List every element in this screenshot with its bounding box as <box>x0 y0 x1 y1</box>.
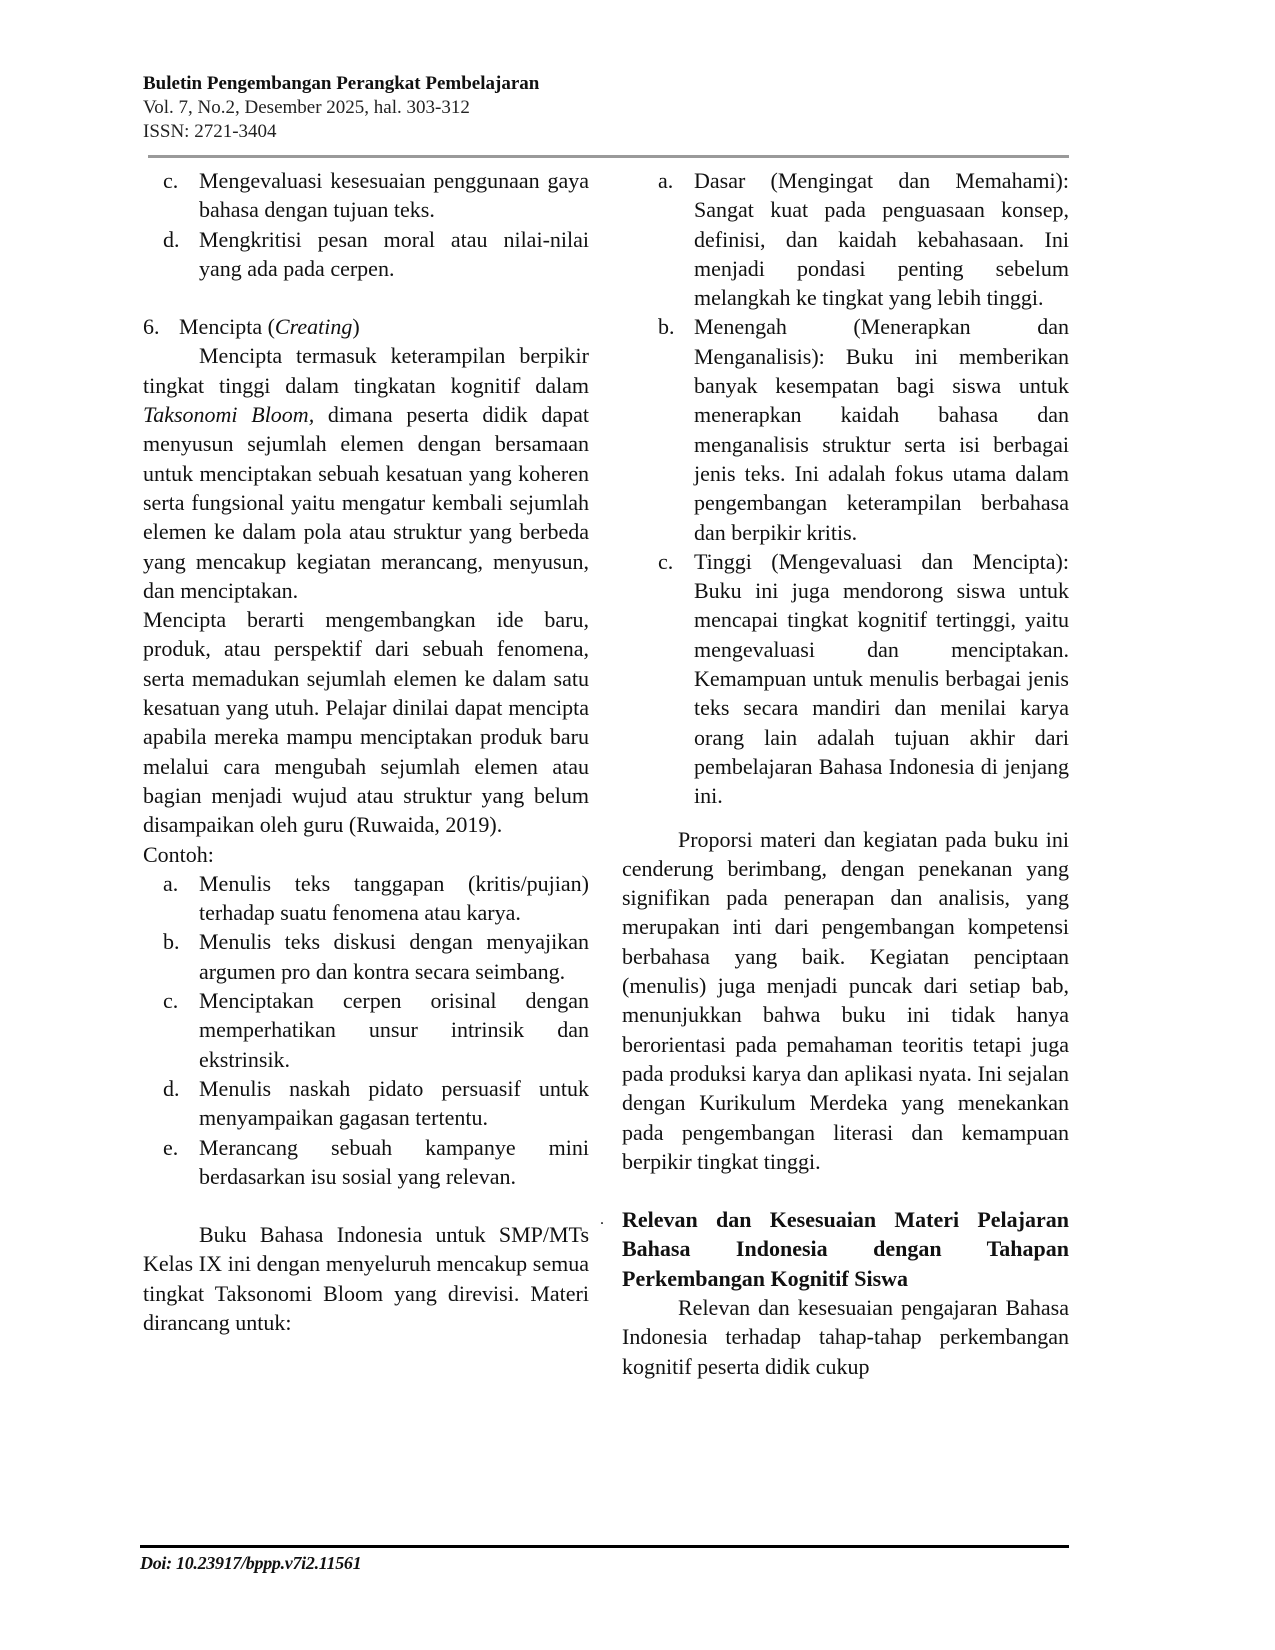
list-item: a. Dasar (Mengingat dan Memahami): Sanga… <box>622 166 1069 312</box>
list-item: d. Mengkritisi pesan moral atau nilai-ni… <box>143 225 589 284</box>
spacer <box>143 283 589 312</box>
issn: ISSN: 2721-3404 <box>143 120 539 144</box>
list-marker: d. <box>163 1074 180 1103</box>
right-column: a. Dasar (Mengingat dan Memahami): Sanga… <box>622 166 1069 1381</box>
section-title: Mencipta ( <box>179 314 275 339</box>
spacer <box>622 811 1069 825</box>
section-title-close: ) <box>352 314 359 339</box>
list-marker: b. <box>658 312 675 341</box>
list-item-text: Menulis teks tanggapan (kritis/pujian) t… <box>199 871 589 925</box>
paragraph-mencipta-meaning: Mencipta berarti mengembangkan ide baru,… <box>143 605 589 839</box>
section-number: 6. <box>143 312 160 341</box>
list-item: b. Menengah (Menerapkan dan Menganalisis… <box>622 312 1069 546</box>
journal-title: Buletin Pengembangan Perangkat Pembelaja… <box>143 72 539 96</box>
paragraph-mencipta-definition: Mencipta termasuk keterampilan berpikir … <box>143 341 589 605</box>
spacer <box>622 1176 1069 1205</box>
list-item-text: Merancang sebuah kampanye mini berdasark… <box>199 1135 589 1189</box>
list-item-text: Menengah (Menerapkan dan Menganalisis): … <box>694 314 1069 544</box>
list-item: c. Menciptakan cerpen orisinal dengan me… <box>143 986 589 1074</box>
list-item-text: Menciptakan cerpen orisinal dengan mempe… <box>199 988 589 1072</box>
heading-marker: . <box>600 1205 604 1234</box>
list-item-text: Dasar (Mengingat dan Memahami): Sangat k… <box>694 168 1069 310</box>
list-item-text: Mengevaluasi kesesuaian penggunaan gaya … <box>199 168 589 222</box>
list-marker: c. <box>163 166 178 195</box>
list-item: a. Menulis teks tanggapan (kritis/pujian… <box>143 869 589 928</box>
list-marker: c. <box>163 986 178 1015</box>
doi-footer: Doi: 10.23917/bppp.v7i2.11561 <box>140 1553 361 1574</box>
list-item: b. Menulis teks diskusi dengan menyajika… <box>143 927 589 986</box>
list-item: e. Merancang sebuah kampanye mini berdas… <box>143 1133 589 1192</box>
list-marker: d. <box>163 225 180 254</box>
section-heading-mencipta: 6.Mencipta (Creating) <box>143 312 589 341</box>
paragraph-relevance: Relevan dan kesesuaian pengajaran Bahasa… <box>622 1293 1069 1381</box>
list-marker: a. <box>163 869 178 898</box>
text-run: dimana peserta didik dapat menyusun seju… <box>143 402 589 603</box>
list-item-text: Menulis naskah pidato persuasif untuk me… <box>199 1076 589 1130</box>
list-item: c. Mengevaluasi kesesuaian penggunaan ga… <box>143 166 589 225</box>
text-run: Mencipta termasuk keterampilan berpikir … <box>143 343 589 397</box>
spacer <box>143 1191 589 1220</box>
list-examples: a. Menulis teks tanggapan (kritis/pujian… <box>143 869 589 1191</box>
examples-label: Contoh: <box>143 840 589 869</box>
section-heading-text: Relevan dan Kesesuaian Materi Pelajaran … <box>622 1207 1069 1291</box>
left-column: c. Mengevaluasi kesesuaian penggunaan ga… <box>143 166 589 1337</box>
list-item-text: Menulis teks diskusi dengan menyajikan a… <box>199 929 589 983</box>
list-item-text: Mengkritisi pesan moral atau nilai-nilai… <box>199 227 589 281</box>
list-marker: c. <box>658 547 673 576</box>
running-header: Buletin Pengembangan Perangkat Pembelaja… <box>143 72 539 144</box>
header-divider <box>148 155 1069 158</box>
paragraph-proportion: Proporsi materi dan kegiatan pada buku i… <box>622 825 1069 1177</box>
list-marker: e. <box>163 1133 178 1162</box>
italic-term: Taksonomi Bloom, <box>143 402 314 427</box>
list-item: d. Menulis naskah pidato persuasif untuk… <box>143 1074 589 1133</box>
list-marker: b. <box>163 927 180 956</box>
list-analysis-continued: c. Mengevaluasi kesesuaian penggunaan ga… <box>143 166 589 283</box>
list-cognitive-levels: a. Dasar (Mengingat dan Memahami): Sanga… <box>622 166 1069 811</box>
paragraph-book-coverage: Buku Bahasa Indonesia untuk SMP/MTs Kela… <box>143 1220 589 1337</box>
list-item-text: Tinggi (Mengevaluasi dan Mencipta): Buku… <box>694 549 1069 808</box>
section-heading-relevance: . Relevan dan Kesesuaian Materi Pelajara… <box>622 1205 1069 1293</box>
section-title-italic: Creating <box>275 314 352 339</box>
list-marker: a. <box>658 166 673 195</box>
volume-info: Vol. 7, No.2, Desember 2025, hal. 303-31… <box>143 96 539 120</box>
list-item: c. Tinggi (Mengevaluasi dan Mencipta): B… <box>622 547 1069 811</box>
footer-divider <box>140 1545 1069 1548</box>
